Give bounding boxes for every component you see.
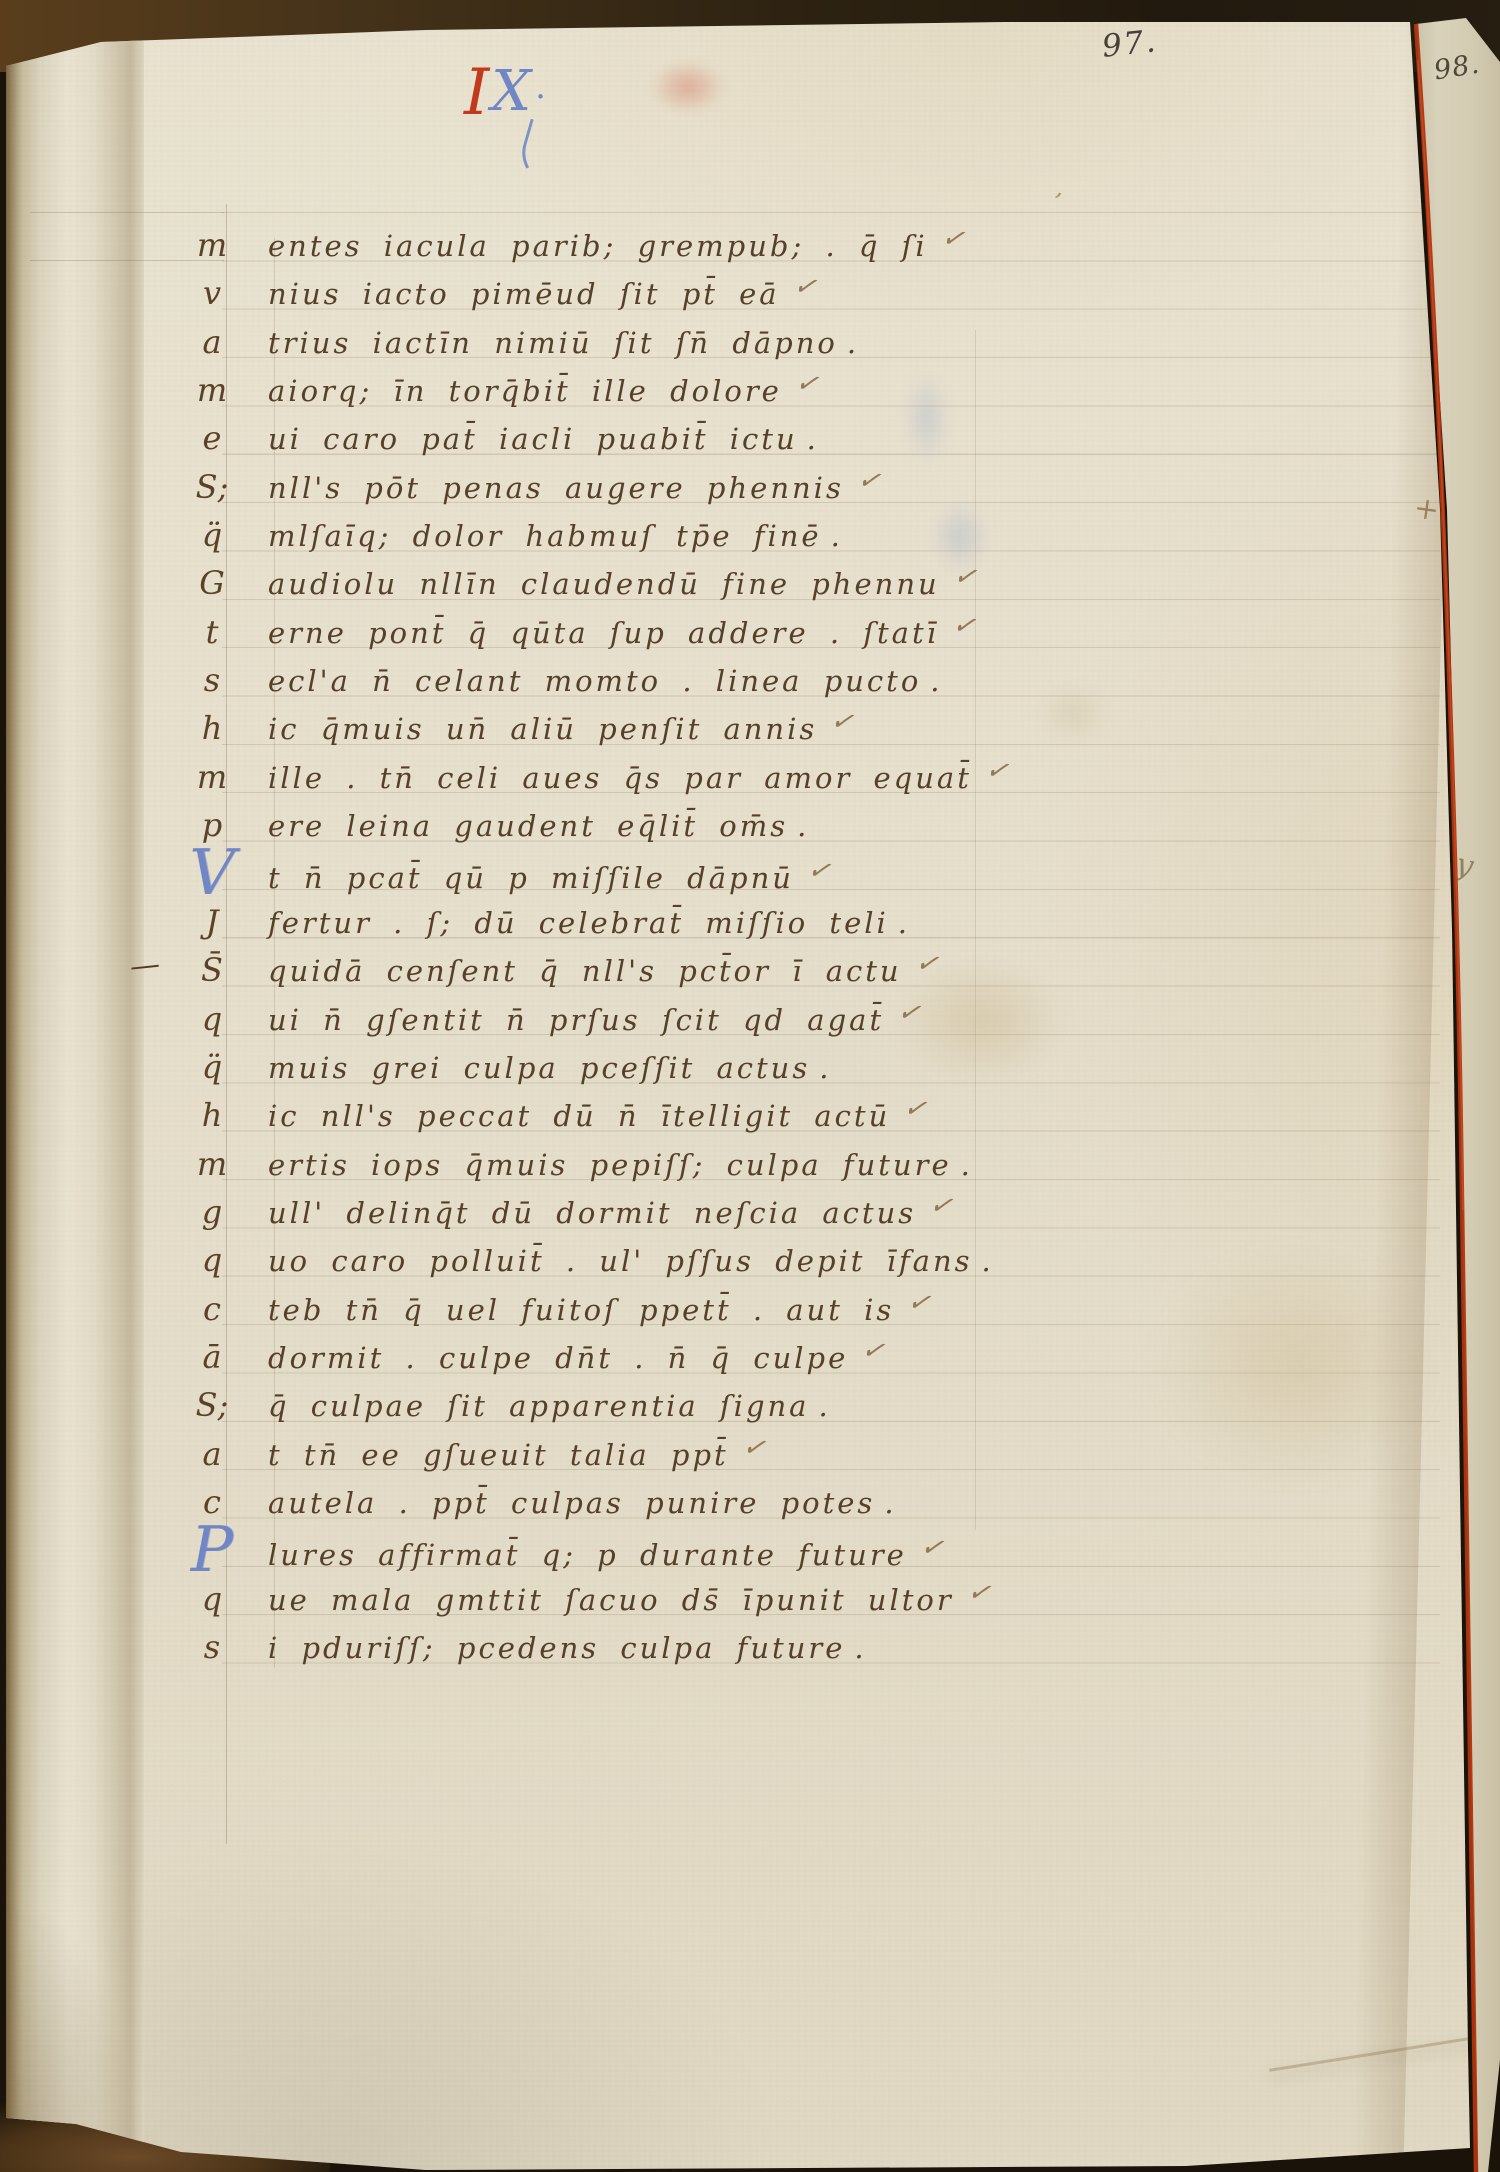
verse-text: t tn̄ ee gſueuit talia ppt̄ <box>248 1438 729 1472</box>
line-end-mark: ✓ <box>911 939 942 991</box>
verse-line: ādormit . culpe dn̄t . n̄ q̄ culpe✓ <box>176 1333 1007 1381</box>
verse-initial: g <box>176 1188 248 1236</box>
line-end-mark: ✓ <box>853 455 884 507</box>
book-photo: 98. y IX. 97. mentes iacula parib; gremp… <box>0 0 1500 2172</box>
manuscript-photo: { "folio": { "current_number": "97.", "n… <box>0 0 1500 2172</box>
chapter-numeral-blue-x: X <box>491 59 531 124</box>
verse-initial: q̈ <box>176 1043 248 1091</box>
verse-text: ille . tn̄ celi aues q̄s par amor equat̄ <box>248 761 972 795</box>
verse-text: autela . ppt̄ culpas punire potes <box>248 1486 875 1520</box>
margin-cross-mark: + <box>1412 490 1442 528</box>
line-end-mark: ✓ <box>789 262 820 314</box>
verse-line: mentes iacula parib; grempub; . q̄ ſi✓ <box>176 221 1007 269</box>
verse-initial: h <box>176 1091 248 1139</box>
verse-initial: S; <box>176 463 248 511</box>
verse-initial: G <box>176 559 248 607</box>
verse-initial: J <box>176 898 248 946</box>
line-end-mark: . <box>982 1244 994 1278</box>
verse-text: ue mala gmttit ſacuo ds̄ īpunit ultor <box>248 1583 954 1617</box>
verse-line: Jfertur . ſ; dū celebrat̄ miſſio teli. <box>176 898 1007 946</box>
parchment-stain <box>1034 682 1112 744</box>
fore-edge-pen-mark: y <box>1453 847 1477 885</box>
verse-initial: m <box>176 1140 248 1188</box>
verse-line: hic q̄muis un̄ aliū penſit annis✓ <box>176 704 1007 752</box>
verse-initial: a <box>176 1430 248 1478</box>
verse-line: at tn̄ ee gſueuit talia ppt̄✓ <box>176 1430 1007 1478</box>
verse-initial: m <box>176 366 248 414</box>
verse-line: si pduriſſ; pcedens culpa future. <box>176 1623 1007 1671</box>
red-pigment-smudge <box>650 60 726 114</box>
verse-text: teb tn̄ q̄ uel fuitoſ ppett̄ . aut is <box>248 1293 894 1327</box>
line-end-mark: ✓ <box>738 1422 769 1474</box>
verse-text: q̄ culpae ſit apparentia ſigna <box>248 1389 809 1423</box>
line-end-mark: ✓ <box>916 1523 947 1575</box>
verse-line: qui n̄ gſentit n̄ prſus ſcit qd agat̄✓ <box>176 995 1007 1043</box>
verse-line: S;nll's pōt penas augere phennis✓ <box>176 463 1007 511</box>
verse-text-block: mentes iacula parib; grempub; . q̄ ſi✓ v… <box>176 221 1007 1671</box>
verse-text: mlſaīq; dolor habmuſ tp̄e finē <box>248 519 822 553</box>
verse-line: q̈mlſaīq; dolor habmuſ tp̄e finē. <box>176 511 1007 559</box>
gutter-shadow <box>6 1820 196 2172</box>
verse-line: que mala gmttit ſacuo ds̄ īpunit ultor✓ <box>176 1575 1007 1623</box>
verse-line: Vt n̄ pcat̄ qū p miſſile dāpnū✓ <box>176 849 1007 897</box>
line-end-mark: ✓ <box>963 1567 994 1619</box>
line-end-mark: . <box>884 1486 896 1520</box>
verse-text: ere leina gaudent eq̄lit̄ om̄s <box>248 809 788 843</box>
verse-text: erne pont̄ q̄ qūta ſup addere . ſtatī <box>248 616 939 650</box>
verse-line: atrius iactīn nimiū ſit ſn̄ dāpno. <box>176 318 1007 366</box>
line-end-mark: . <box>797 809 809 843</box>
verse-text: muis grei culpa pceſſit actus <box>248 1051 810 1085</box>
verse-line: mertis iops q̄muis pepiſſ; culpa future. <box>176 1140 1007 1188</box>
verse-initial: m <box>176 221 248 269</box>
verse-text: aiorq; īn torq̄bit̄ ille dolore <box>248 374 782 408</box>
verse-initial: ā <box>176 1333 248 1381</box>
verse-line: mille . tn̄ celi aues q̄s par amor equat… <box>176 753 1007 801</box>
verse-text: ecl'a n̄ celant momto . linea pucto <box>248 664 921 698</box>
line-end-mark: ✓ <box>900 1084 931 1136</box>
verse-initial: s <box>176 656 248 704</box>
verse-initial: h <box>176 704 248 752</box>
folio-number: 97. <box>1100 23 1159 65</box>
verse-initial: a <box>176 318 248 366</box>
verse-line: hic nll's peccat dū n̄ ītelligit actū✓ <box>176 1091 1007 1139</box>
verse-line: cautela . ppt̄ culpas punire potes. <box>176 1478 1007 1526</box>
verse-line: Gaudiolu nllīn claudendū fine phennu✓ <box>176 559 1007 607</box>
verse-text: uo caro polluit̄ . ul' pſſus depit īfans <box>248 1244 973 1278</box>
verse-text: ui n̄ gſentit n̄ prſus ſcit qd agat̄ <box>248 1003 884 1037</box>
verse-text: ic q̄muis un̄ aliū penſit annis <box>248 712 817 746</box>
verse-text: fertur . ſ; dū celebrat̄ miſſio teli <box>248 906 889 940</box>
heading-descender-flourish <box>515 119 563 185</box>
verse-text: ui caro pat̄ iacli puabit̄ ictu <box>248 422 798 456</box>
verse-text: dormit . culpe dn̄t . n̄ q̄ culpe <box>248 1341 848 1375</box>
chapter-numeral-red-i: I <box>464 56 491 130</box>
verse-initial: V <box>176 849 248 897</box>
verse-text: ull' delinq̄t dū dormit neſcia actus <box>248 1196 916 1230</box>
line-end-mark: . <box>961 1148 973 1182</box>
verse-initial: v <box>176 269 248 317</box>
line-end-mark: . <box>898 906 910 940</box>
verse-initial: s <box>176 1623 248 1671</box>
verse-line: quo caro polluit̄ . ul' pſſus depit īfan… <box>176 1236 1007 1284</box>
verse-initial: q <box>176 995 248 1043</box>
ruling-line-top-left <box>30 212 224 213</box>
line-end-mark: ✓ <box>981 745 1012 797</box>
verse-text: ertis iops q̄muis pepiſſ; culpa future <box>248 1148 952 1182</box>
margin-tick-mark: ʼ <box>1049 187 1063 216</box>
verse-text: ic nll's peccat dū n̄ ītelligit actū <box>248 1099 890 1133</box>
verse-line: —S̄quidā cenſent q̄ nll's pct̄or ī actu✓ <box>176 946 1007 994</box>
line-end-mark: ✓ <box>937 214 968 266</box>
margin-dash-mark: — <box>128 941 166 993</box>
line-end-mark: . <box>930 664 942 698</box>
line-end-mark: ✓ <box>894 987 925 1039</box>
line-end-mark: . <box>847 326 859 360</box>
verse-line: Plures affirmat̄ q; p durante future✓ <box>176 1526 1007 1574</box>
verse-line: gull' delinq̄t dū dormit neſcia actus✓ <box>176 1188 1007 1236</box>
verse-initial: q̈ <box>176 511 248 559</box>
verse-initial: S̄ <box>176 946 248 994</box>
verse-line: terne pont̄ q̄ qūta ſup addere . ſtatī✓ <box>176 608 1007 656</box>
line-end-mark: ✓ <box>926 1180 957 1232</box>
line-end-mark: . <box>854 1631 866 1665</box>
line-end-mark: . <box>819 1051 831 1085</box>
verse-initial: P <box>176 1526 248 1574</box>
verse-initial: q <box>176 1575 248 1623</box>
line-end-mark: ✓ <box>948 600 979 652</box>
verse-text: audiolu nllīn claudendū fine phennu <box>248 567 940 601</box>
verse-initial: q <box>176 1236 248 1284</box>
line-end-mark: ✓ <box>791 359 822 411</box>
line-end-mark: ✓ <box>949 552 980 604</box>
verse-line: eui caro pat̄ iacli puabit̄ ictu. <box>176 414 1007 462</box>
verse-text: trius iactīn nimiū ſit ſn̄ dāpno <box>248 326 838 360</box>
verse-line: secl'a n̄ celant momto . linea pucto. <box>176 656 1007 704</box>
verse-initial: m <box>176 753 248 801</box>
verse-text: nius iacto pimēud ſit pt̄ eā <box>248 277 780 311</box>
next-folio-number: 98. <box>1432 49 1482 87</box>
verse-text: t n̄ pcat̄ qū p miſſile dāpnū <box>248 861 794 895</box>
verse-text: lures affirmat̄ q; p durante future <box>248 1538 907 1572</box>
chapter-heading: IX. <box>464 56 542 130</box>
verse-initial: e <box>176 414 248 462</box>
line-end-mark: . <box>831 519 843 553</box>
chapter-heading-dot: . <box>535 67 546 107</box>
line-end-mark: ✓ <box>904 1277 935 1329</box>
verse-line: q̈muis grei culpa pceſſit actus. <box>176 1043 1007 1091</box>
verse-initial: c <box>176 1285 248 1333</box>
verse-line: S;q̄ culpae ſit apparentia ſigna. <box>176 1381 1007 1429</box>
line-end-mark: ✓ <box>827 697 858 749</box>
line-end-mark: . <box>818 1389 830 1423</box>
verse-line: vnius iacto pimēud ſit pt̄ eā✓ <box>176 269 1007 317</box>
line-end-mark: ✓ <box>803 846 834 898</box>
verse-text: entes iacula parib; grempub; . q̄ ſi <box>248 229 928 263</box>
line-end-mark: ✓ <box>858 1325 889 1377</box>
verse-text: quidā cenſent q̄ nll's pct̄or ī actu <box>248 954 902 988</box>
verse-line: pere leina gaudent eq̄lit̄ om̄s. <box>176 801 1007 849</box>
verse-line: cteb tn̄ q̄ uel fuitoſ ppett̄ . aut is✓ <box>176 1285 1007 1333</box>
line-end-mark: . <box>807 422 819 456</box>
verse-text: nll's pōt penas augere phennis <box>248 471 844 505</box>
verse-text: i pduriſſ; pcedens culpa future <box>248 1631 845 1665</box>
verse-initial: t <box>176 608 248 656</box>
parchment-page: IX. 97. mentes iacula parib; grempub; . … <box>6 0 1476 2172</box>
verse-line: maiorq; īn torq̄bit̄ ille dolore✓ <box>176 366 1007 414</box>
verse-initial: S; <box>176 1381 248 1429</box>
